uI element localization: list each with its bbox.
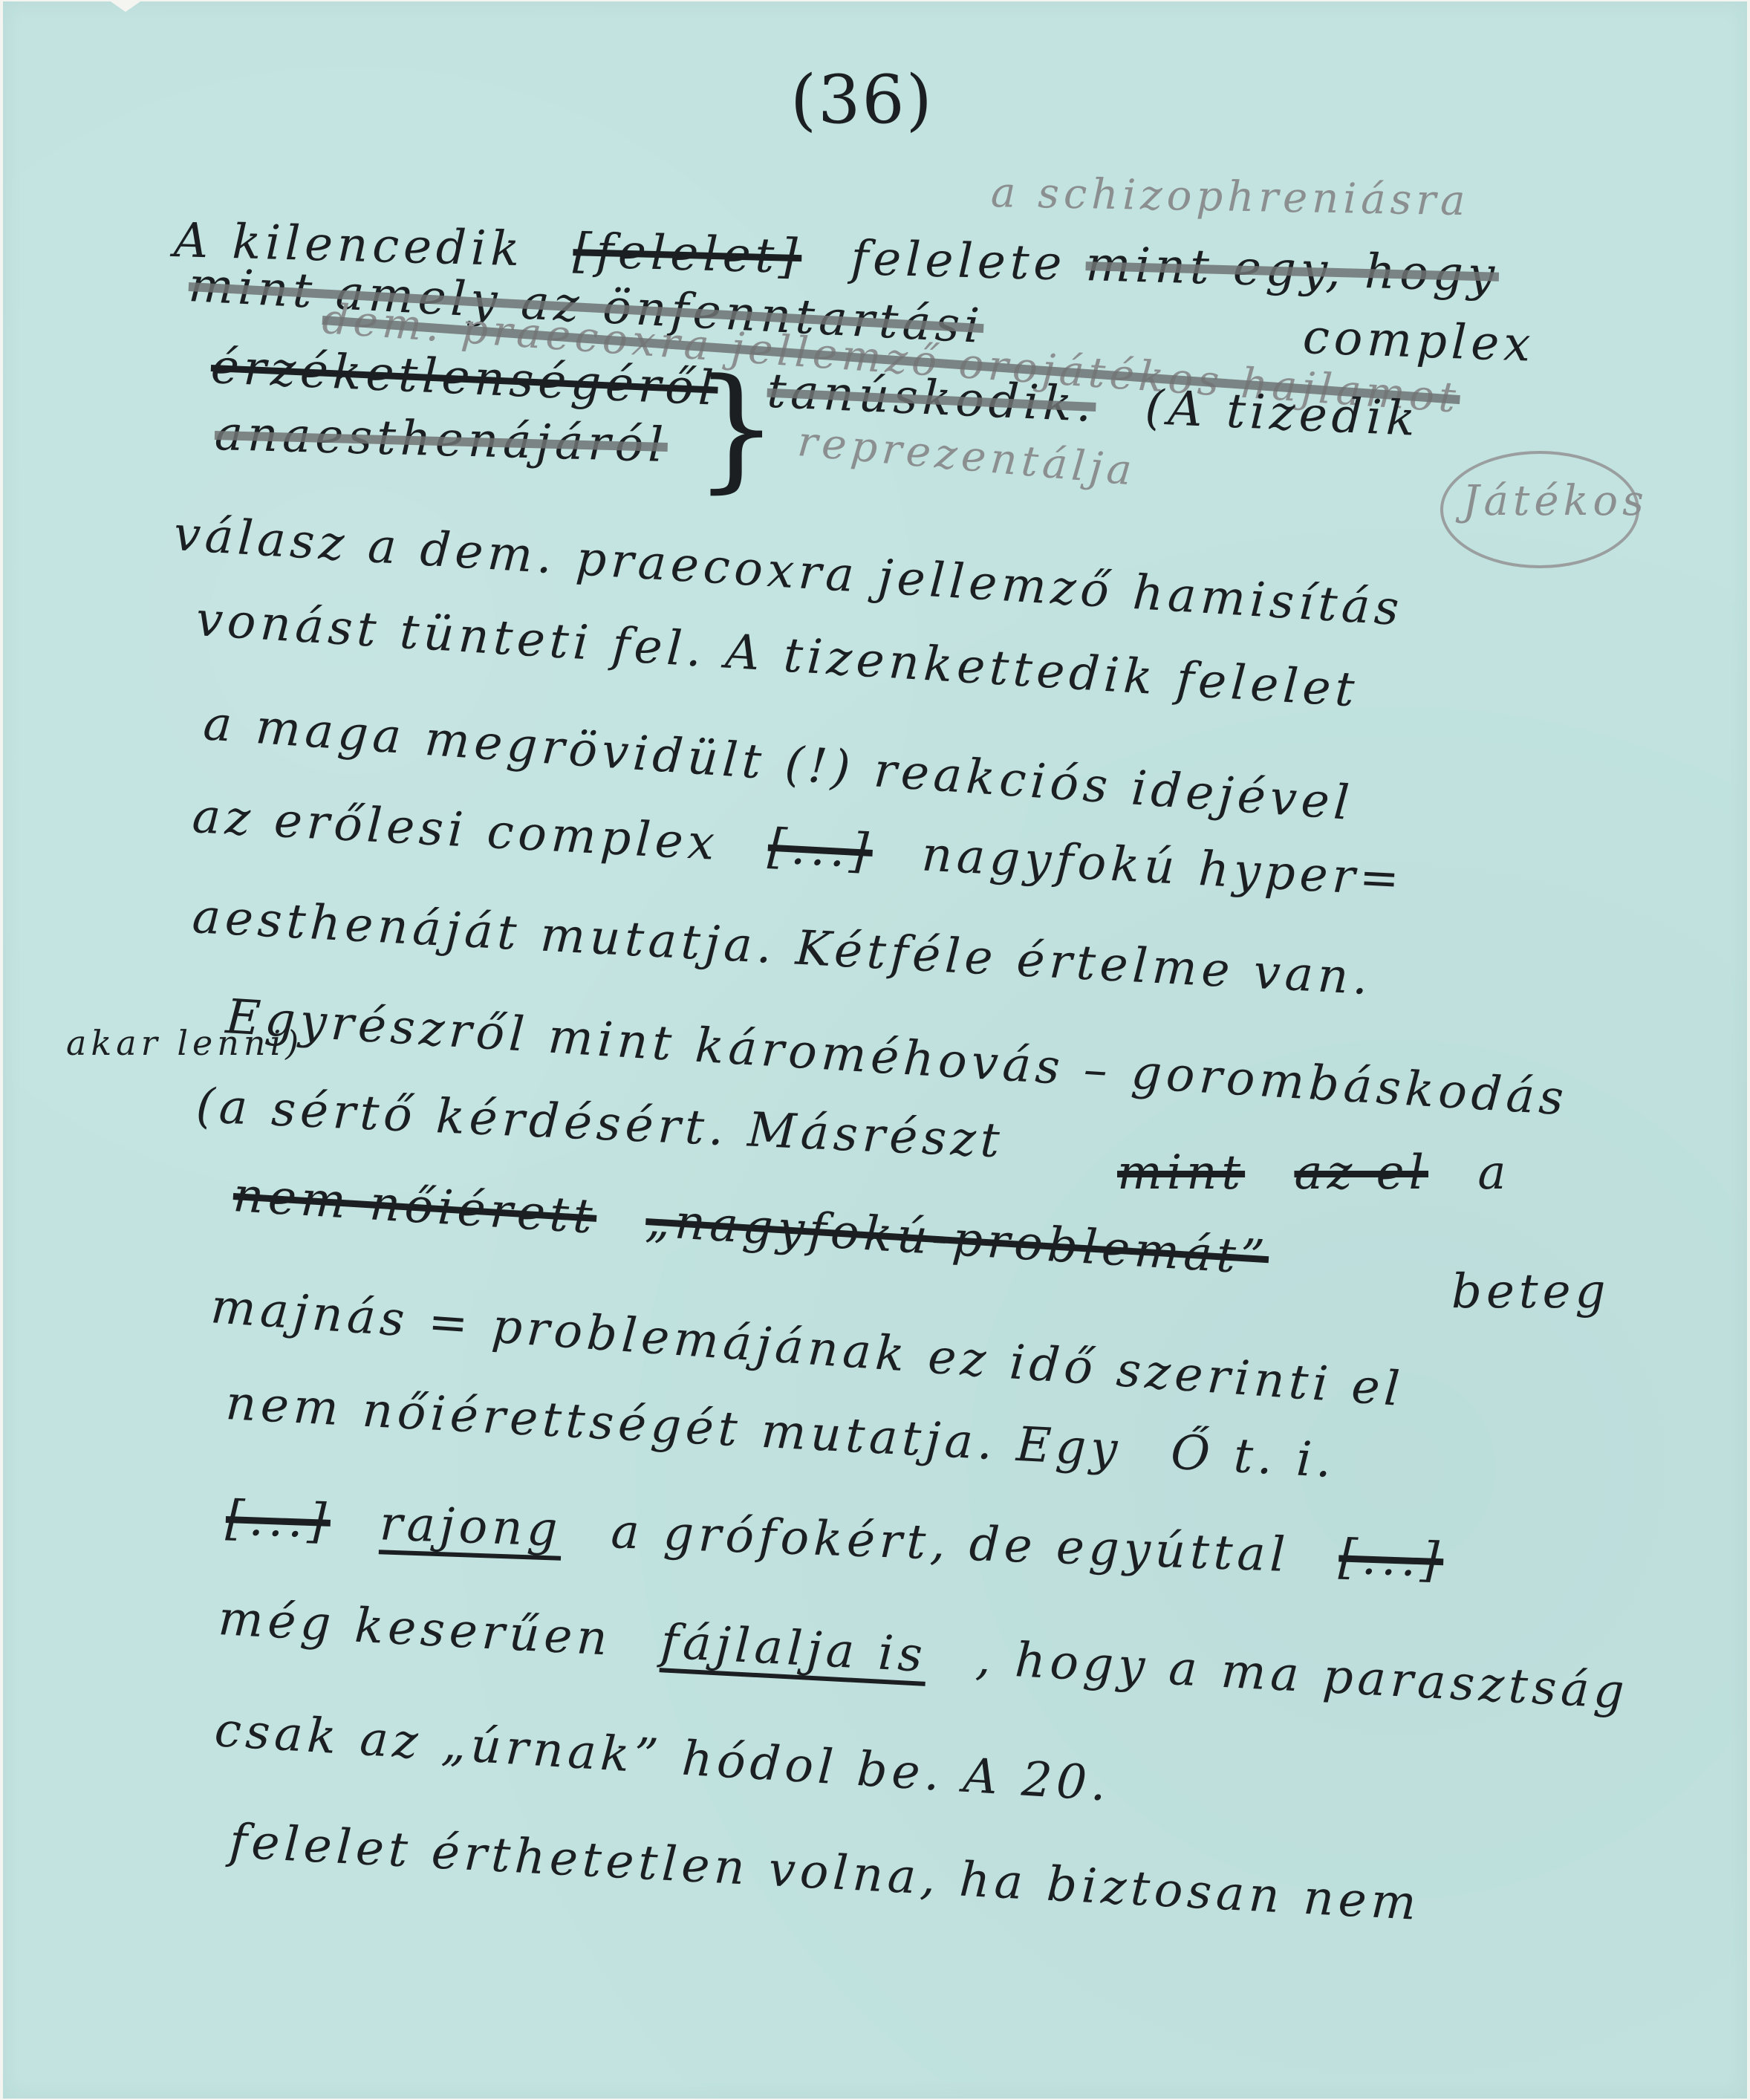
- struck-word: [felelet]: [573, 224, 803, 285]
- struck-text: „nagyfokú-problemát”: [644, 1193, 1270, 1286]
- line-text: (a sértő kérdésért. Másrészt: [195, 1079, 1005, 1168]
- pencil-struck-text: anaesthenájáról: [214, 406, 669, 473]
- struck-text: nem nőiérett: [232, 1168, 599, 1245]
- line-text: felelete: [850, 231, 1067, 292]
- manuscript-line-9: aesthenáját mutatja. Kétféle értelme van…: [191, 889, 1373, 1006]
- manuscript-line-11b: mint az el a: [1117, 1145, 1511, 1200]
- underlined-word: rajong: [379, 1496, 563, 1558]
- struck-word: mint: [1117, 1145, 1245, 1200]
- manuscript-line-15: [...] rajong a grófokért, de egyúttal [.…: [225, 1491, 1445, 1588]
- underlined-word: fájlalja is: [660, 1614, 928, 1683]
- paper-notch: [111, 1, 140, 12]
- manuscript-line-17: csak az „úrnak” hódol be. A 20.: [213, 1703, 1113, 1813]
- manuscript-line-16: még keserűen fájlalja is , hogy a ma par…: [217, 1591, 1630, 1720]
- struck-word: az el: [1294, 1145, 1428, 1200]
- manuscript-line-11: (a sértő kérdésért. Másrészt: [195, 1079, 1035, 1170]
- pencil-note-jatekos: Játékos: [1463, 477, 1648, 525]
- line-2-end: complex: [1302, 310, 1536, 373]
- pencil-insertion-schizophrenia: a schizophreniásra: [990, 169, 1470, 225]
- brace-mark: }: [694, 351, 779, 506]
- line-text: (A tizedik: [1144, 380, 1420, 447]
- line-text: nagyfokú hyper=: [920, 828, 1405, 908]
- pencil-struck-text: mint egy, hogy: [1085, 237, 1500, 303]
- line-text: Ő t. i.: [1169, 1426, 1337, 1489]
- margin-note-akar-lenni: akar lenni): [66, 1023, 303, 1063]
- manuscript-page: (36) a schizophreniásra A kilencedik [fe…: [3, 1, 1747, 2099]
- struck-word: [...]: [1338, 1530, 1444, 1588]
- line-text: még keserűen: [217, 1591, 613, 1667]
- struck-word: [...]: [767, 819, 874, 880]
- page-number: (36): [790, 61, 934, 139]
- line-12-end: beteg: [1451, 1264, 1610, 1319]
- manuscript-line-18: felelet érthetetlen volna, ha biztosan n…: [228, 1814, 1422, 1931]
- line-text: a: [1477, 1145, 1510, 1200]
- line-text: , hogy a ma parasztság: [975, 1631, 1630, 1720]
- struck-word: [...]: [225, 1491, 331, 1550]
- line-text: nem nőiérettségét mutatja. Egy: [224, 1376, 1123, 1478]
- manuscript-line-4: anaesthenájáról: [214, 406, 669, 473]
- line-text: az erőlesi complex: [191, 789, 721, 871]
- line-text: a grófokért, de egyúttal: [610, 1504, 1290, 1583]
